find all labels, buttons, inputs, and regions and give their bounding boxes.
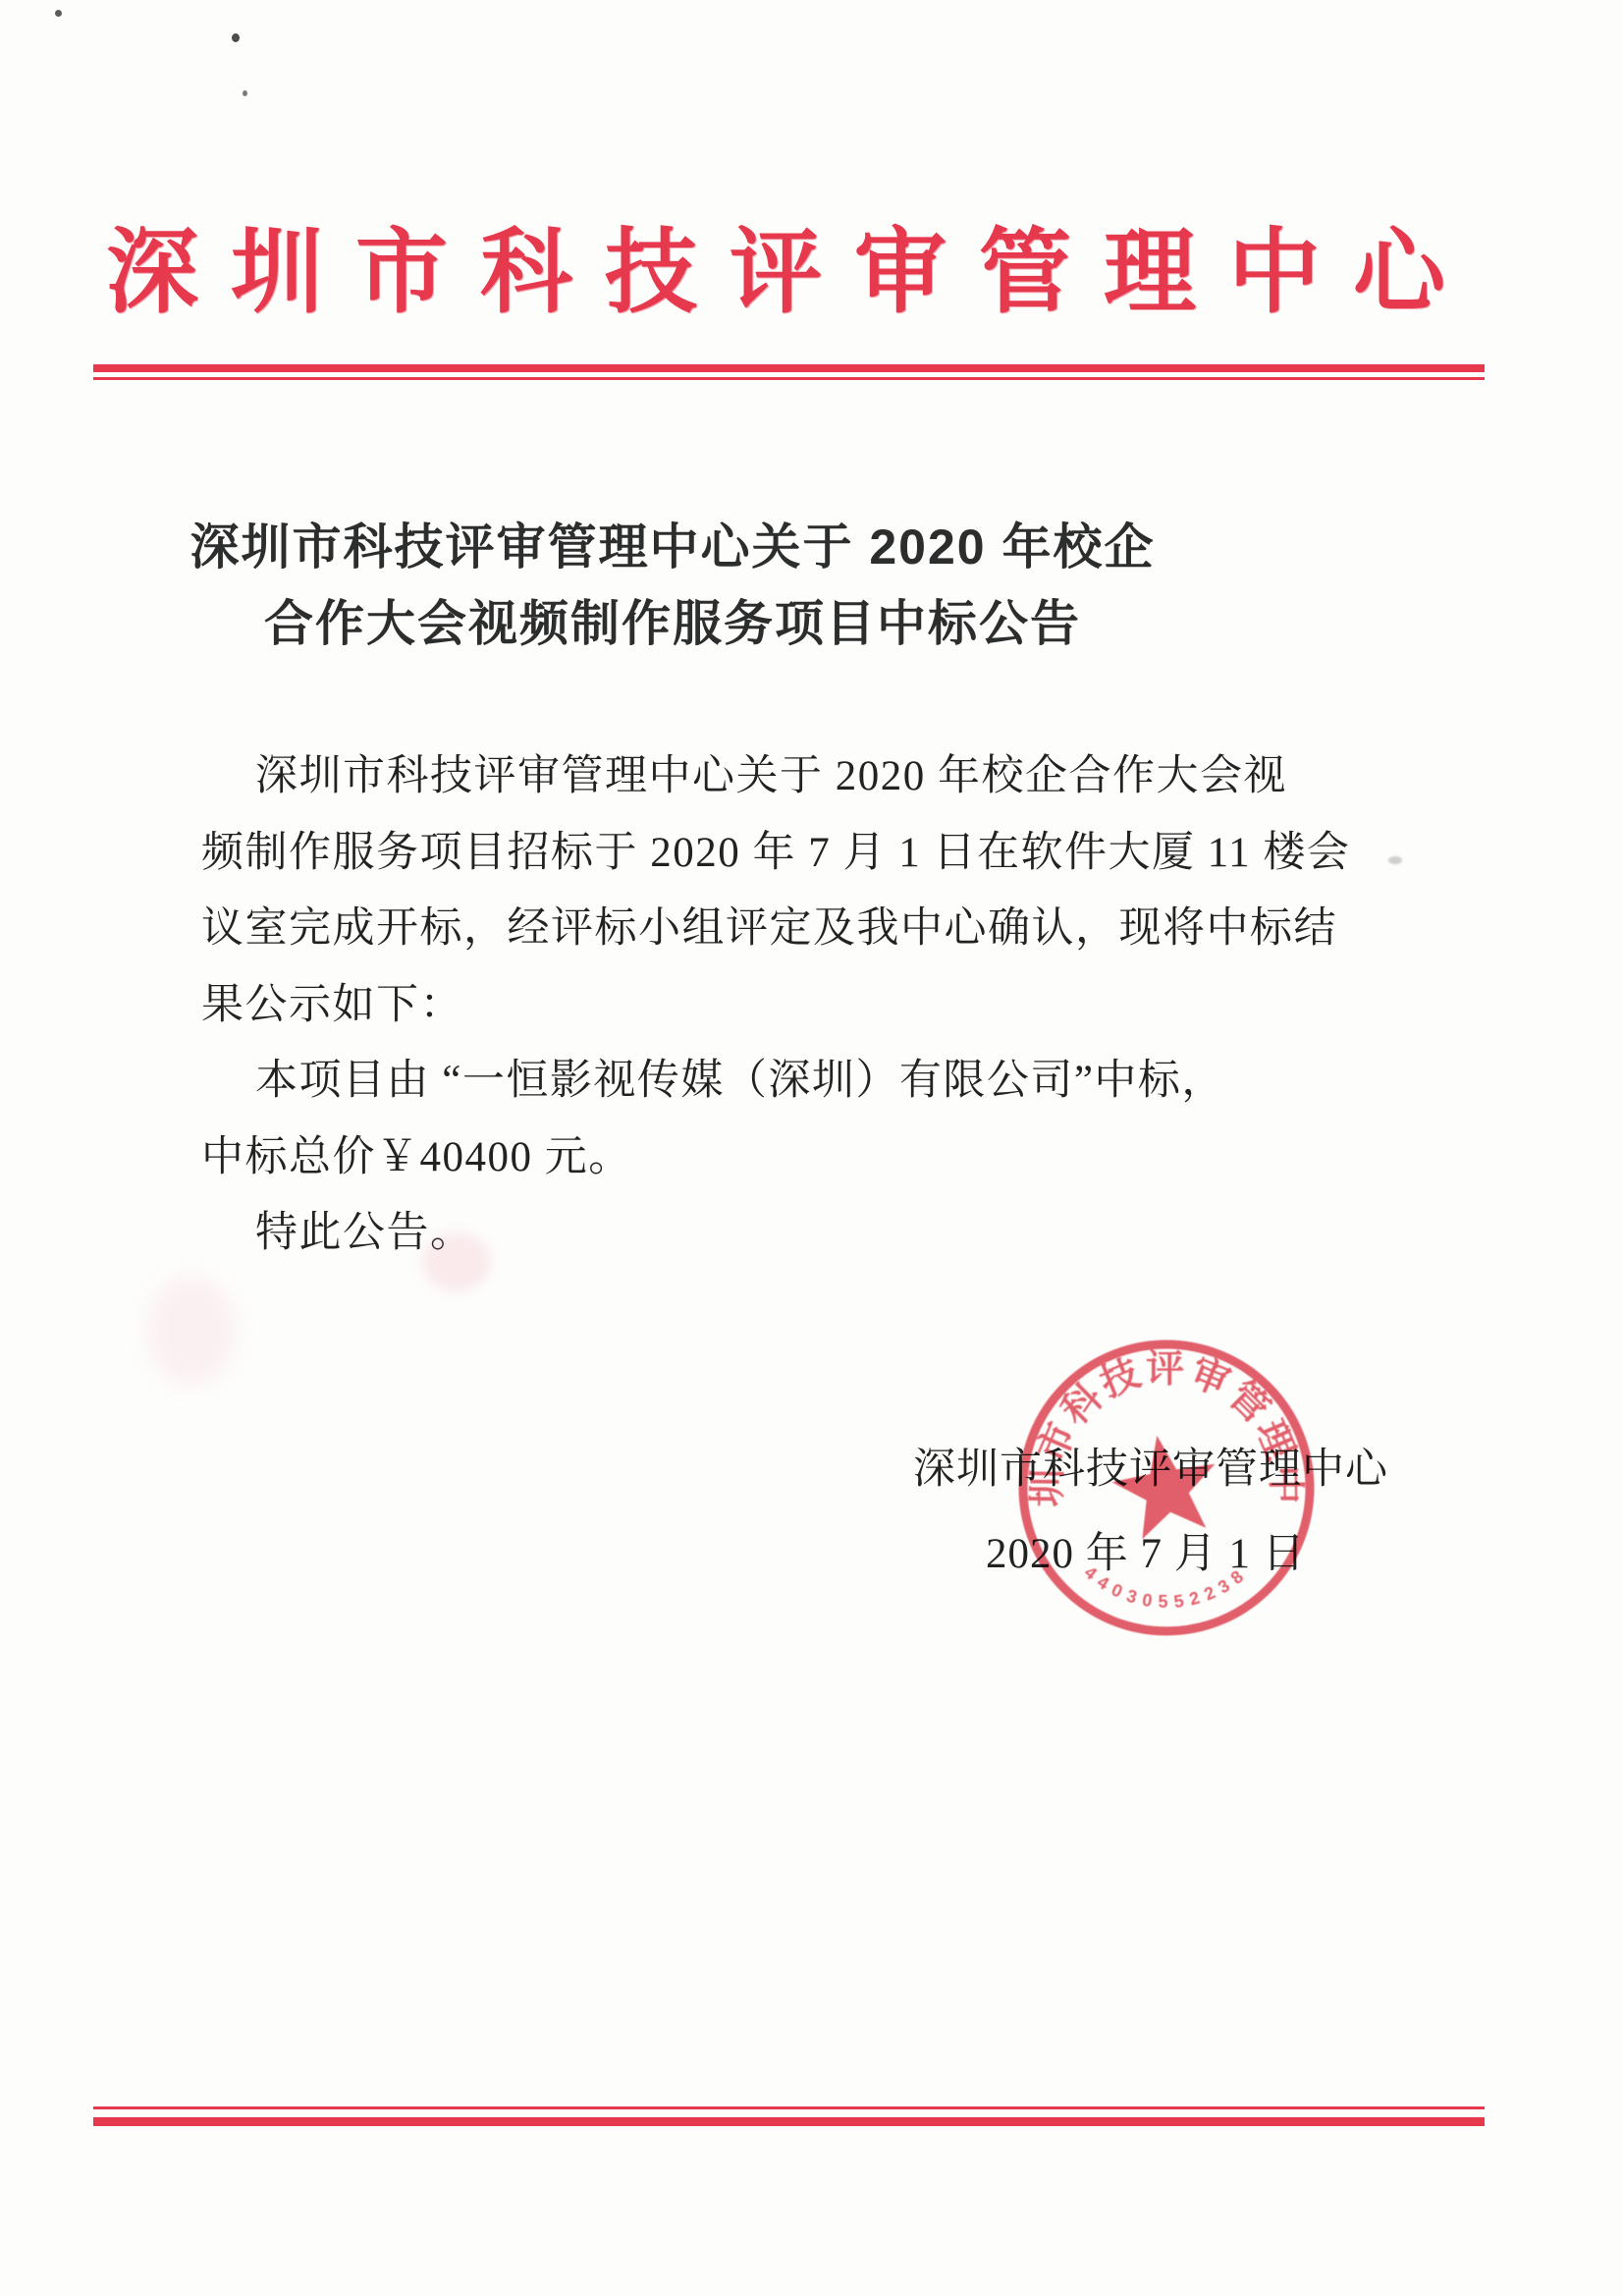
body-line: 中标总价￥40400 元。 bbox=[201, 1120, 1389, 1196]
footer-rule-thick bbox=[93, 2117, 1485, 2126]
scan-smudge bbox=[422, 1232, 491, 1291]
scan-speck bbox=[243, 90, 247, 96]
document-body: 深圳市科技评审管理中心关于 2020 年校企合作大会视 频制作服务项目招标于 2… bbox=[201, 738, 1389, 1272]
scan-speck bbox=[1388, 856, 1402, 864]
document-title-line2: 合作大会视频制作服务项目中标公告 bbox=[128, 585, 1217, 662]
body-line: 深圳市科技评审管理中心关于 2020 年校企合作大会视 bbox=[201, 738, 1389, 815]
scan-speck bbox=[55, 10, 62, 17]
scan-smudge bbox=[147, 1277, 236, 1385]
seal-star-icon bbox=[1112, 1436, 1216, 1539]
letterhead-org-name: 深圳市科技评审管理中心 bbox=[106, 222, 1500, 324]
body-line: 果公示如下： bbox=[201, 967, 1389, 1044]
official-seal-stamp: 深圳市科技评审管理中心 44030552238 bbox=[1000, 1321, 1333, 1655]
seal-code-number: 44030552238 bbox=[1081, 1562, 1253, 1612]
body-line: 议室完成开标，经评标小组评定及我中心确认，现将中标结 bbox=[201, 891, 1389, 967]
body-line: 特此公告。 bbox=[201, 1195, 1389, 1272]
document-title-line1: 深圳市科技评审管理中心关于 2020 年校企 bbox=[128, 509, 1217, 585]
body-line: 本项目由 “一恒影视传媒（深圳）有限公司”中标， bbox=[201, 1043, 1389, 1120]
scanned-document-page: 深圳市科技评审管理中心 深圳市科技评审管理中心关于 2020 年校企 合作大会视… bbox=[0, 0, 1623, 2296]
scan-speck bbox=[232, 33, 240, 42]
body-line: 频制作服务项目招标于 2020 年 7 月 1 日在软件大厦 11 楼会 bbox=[201, 815, 1389, 892]
letterhead-rule-thin bbox=[93, 377, 1485, 380]
footer-rule-thin bbox=[93, 2106, 1485, 2109]
document-title: 深圳市科技评审管理中心关于 2020 年校企 合作大会视频制作服务项目中标公告 bbox=[128, 509, 1217, 662]
letterhead-rule-thick bbox=[93, 364, 1485, 372]
